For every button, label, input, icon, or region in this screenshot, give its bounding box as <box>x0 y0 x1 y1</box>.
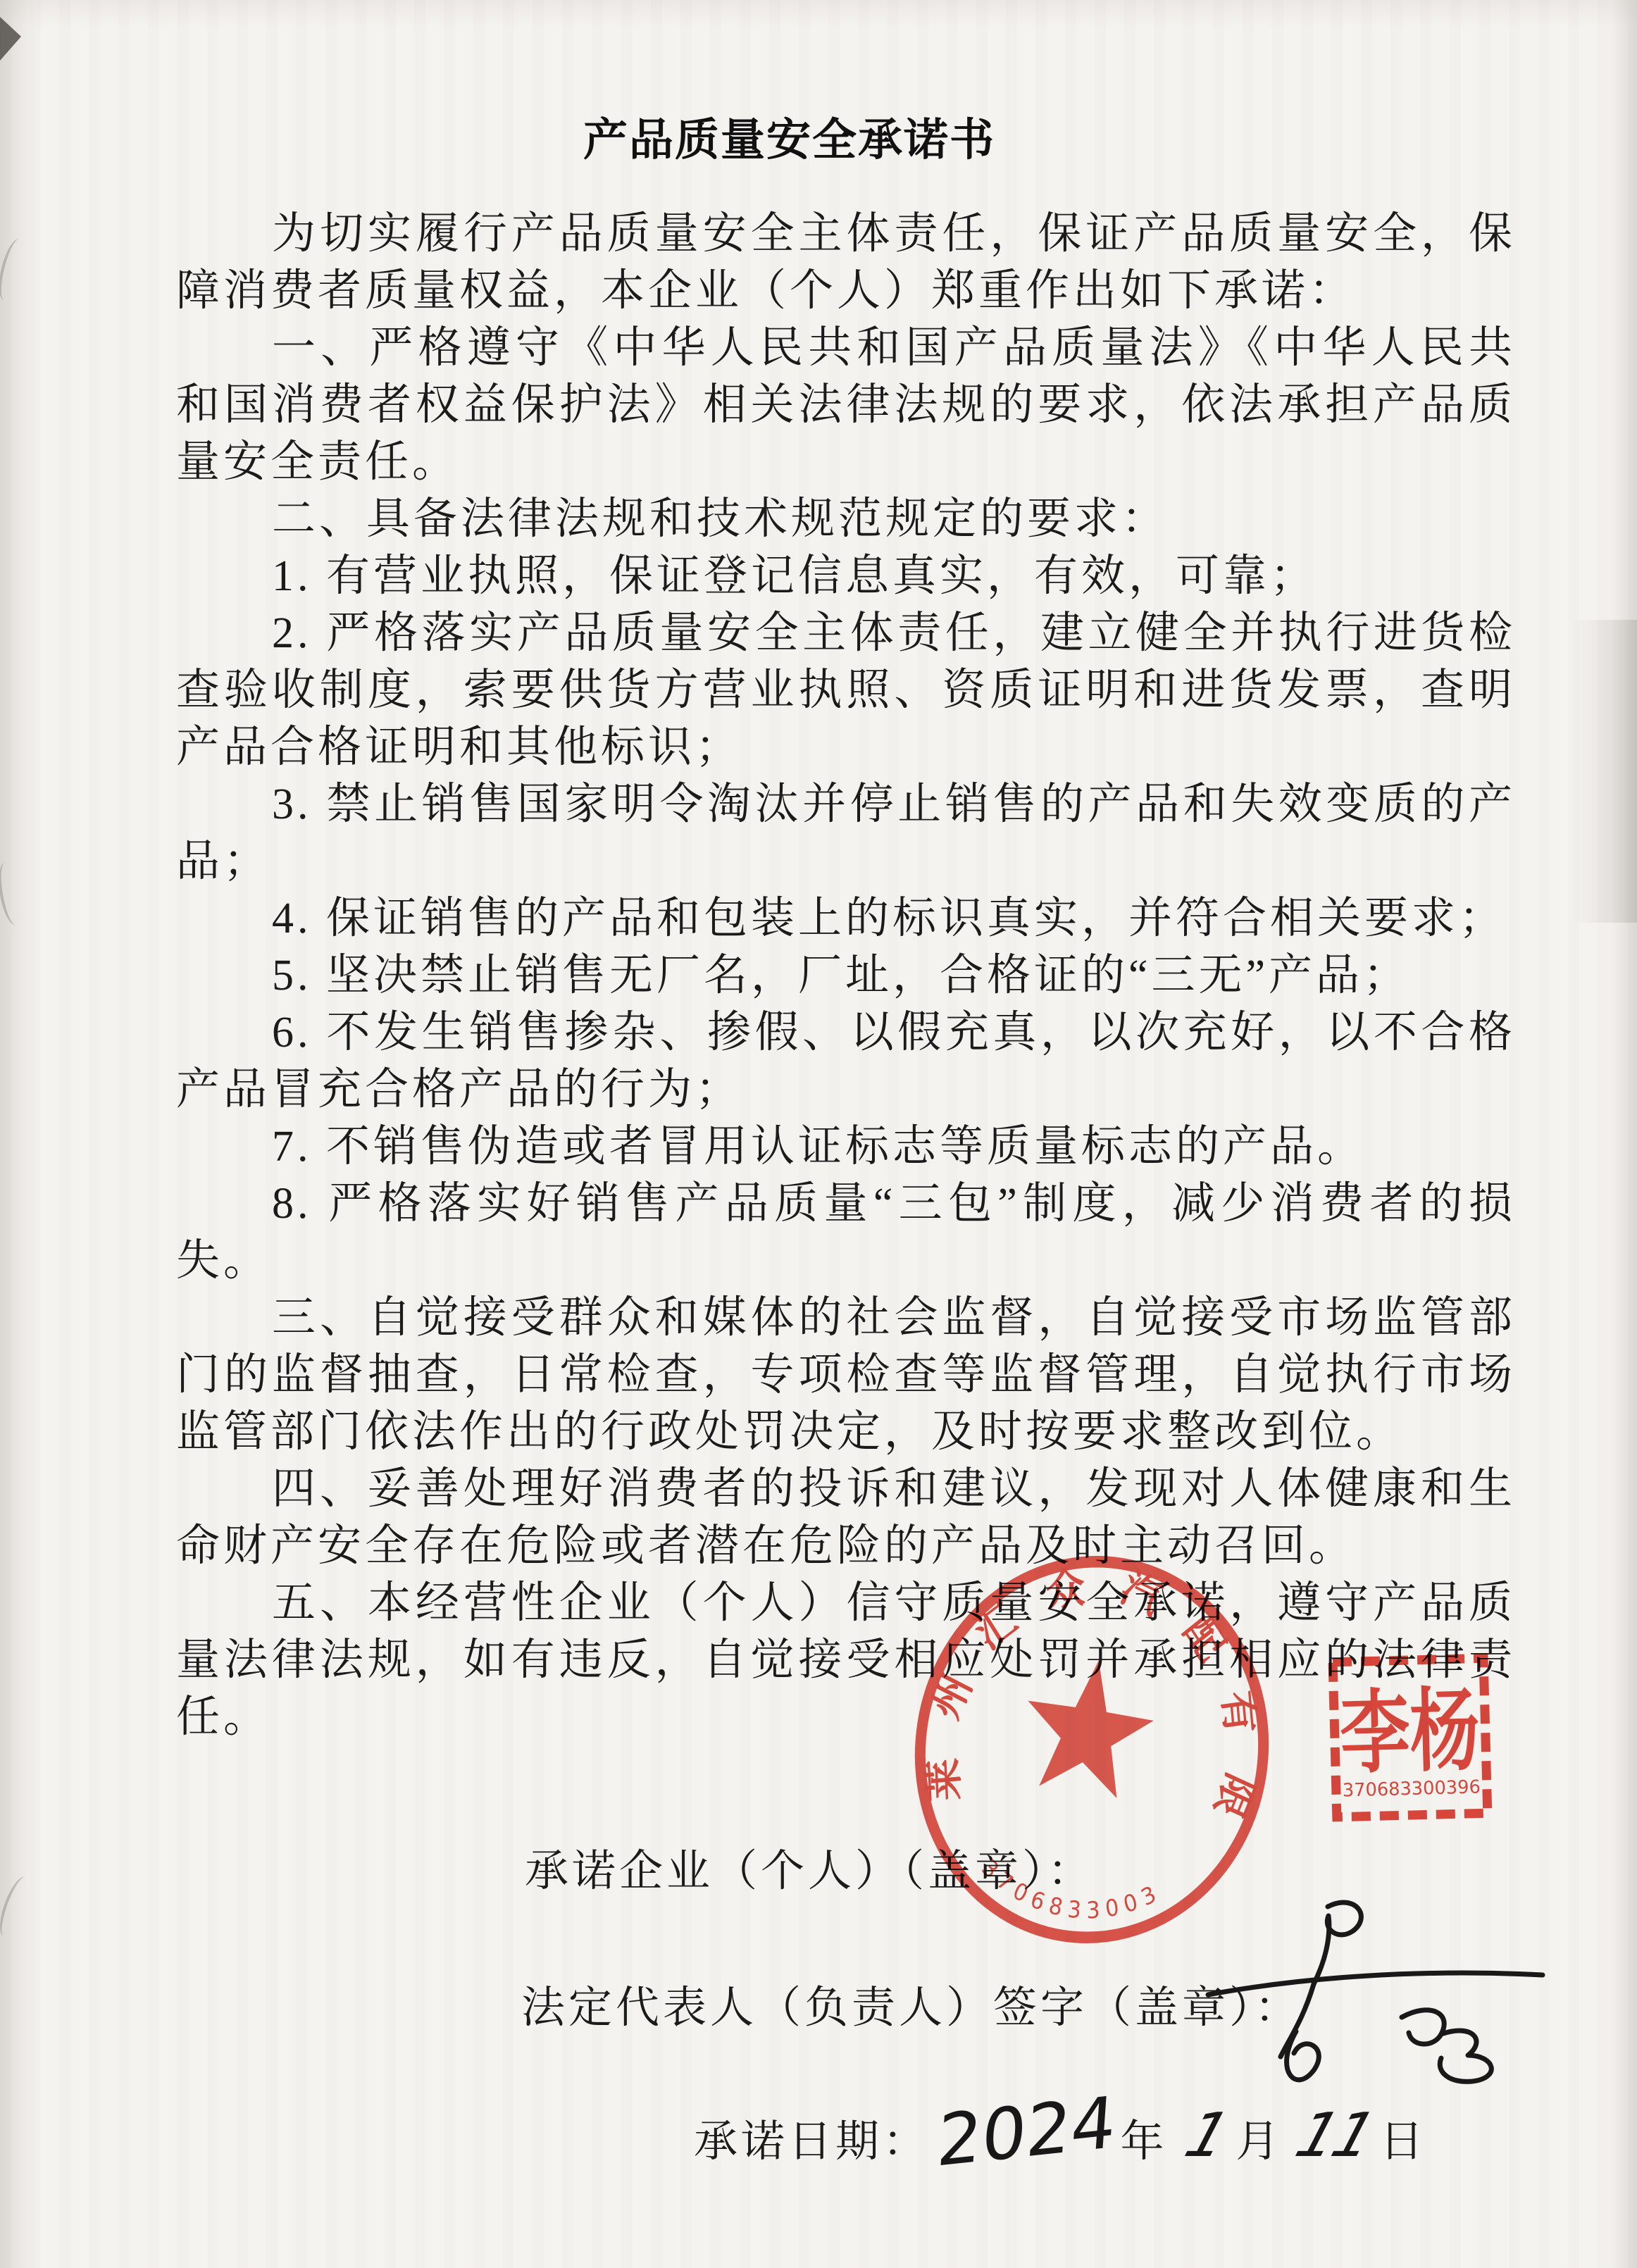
commitment-date-line: 承诺日期： 2024 年 1 月 11 日 <box>694 2091 1427 2173</box>
name-seal-icon: 李杨 370683300396 <box>1326 1652 1494 1826</box>
paragraph-clause-2: 二、具备法律法规和技术规范规定的要求： <box>176 491 1516 548</box>
paragraph-item-8: 8. 严格落实好销售产品质量“三包”制度，减少消费者的损失。 <box>176 1176 1516 1290</box>
scan-artifact-edge <box>0 861 27 927</box>
paragraph-item-1: 1. 有营业执照，保证登记信息真实，有效，可靠； <box>176 548 1516 605</box>
paragraph-clause-1: 一、严格遵守《中华人民共和国产品质量法》《中华人民共和国消费者权益保护法》相关法… <box>176 320 1516 491</box>
scanned-commitment-letter: 产品质量安全承诺书 为切实履行产品质量安全主体责任，保证产品质量安全，保障消费者… <box>0 0 1637 2268</box>
scan-artifact-crease <box>1572 620 1637 923</box>
month-suffix: 月 <box>1235 2106 1283 2169</box>
handwritten-day: 11 <box>1281 2100 1388 2171</box>
handwritten-month: 1 <box>1169 2100 1244 2171</box>
handwritten-year: 2024 <box>935 2081 1119 2183</box>
paragraph-clause-3: 三、自觉接受群众和媒体的社会监督，自觉接受市场监管部门的监督抽查，日常检查，专项… <box>176 1290 1516 1461</box>
date-label: 承诺日期： <box>694 2106 930 2169</box>
seal-serial-number: 370683300396 <box>1342 1776 1481 1801</box>
legal-rep-signature-line: 法定代表人（负责人）签字（盖章）： <box>521 1972 1302 2035</box>
paragraph-item-5: 5. 坚决禁止销售无厂名，厂址，合格证的“三无”产品； <box>176 947 1516 1004</box>
paragraph-clause-5: 五、本经营性企业（个人）信守质量安全承诺，遵守产品质量法律法规，如有违反，自觉接… <box>176 1575 1516 1746</box>
day-suffix: 日 <box>1380 2106 1427 2169</box>
handwritten-signature <box>1190 1896 1550 2100</box>
star-icon <box>1015 1650 1162 1802</box>
paragraph-item-6: 6. 不发生销售掺杂、掺假、以假充真，以次充好，以不合格产品冒充合格产品的行为； <box>176 1004 1516 1119</box>
seal-name-characters: 李杨 <box>1339 1681 1481 1784</box>
scan-artifact-edge <box>0 1874 35 1940</box>
paragraph-item-2: 2. 严格落实产品质量安全主体责任，建立健全并执行进货检查验收制度，索要供货方营… <box>176 605 1516 776</box>
paragraph-intro: 为切实履行产品质量安全主体责任，保证产品质量安全，保障消费者质量权益，本企业（个… <box>176 206 1516 320</box>
paragraph-item-7: 7. 不销售伪造或者冒用认证标志等质量标志的产品。 <box>176 1119 1516 1176</box>
year-suffix: 年 <box>1121 2106 1168 2169</box>
square-name-seal: 李杨 370683300396 <box>1326 1652 1494 1826</box>
scan-artifact-edge <box>0 237 30 304</box>
paragraph-item-3: 3. 禁止销售国家明令淘汰并停止销售的产品和失效变质的产品； <box>176 776 1516 890</box>
document-body: 为切实履行产品质量安全主体责任，保证产品质量安全，保障消费者质量权益，本企业（个… <box>176 206 1516 1746</box>
paragraph-clause-4: 四、妥善处理好消费者的投诉和建议，发现对人体健康和生命财产安全存在危险或者潜在危… <box>176 1461 1516 1575</box>
scan-artifact-corner <box>0 17 21 61</box>
paragraph-item-4: 4. 保证销售的产品和包装上的标识真实，并符合相关要求； <box>176 890 1516 947</box>
page-title: 产品质量安全承诺书 <box>583 104 995 168</box>
